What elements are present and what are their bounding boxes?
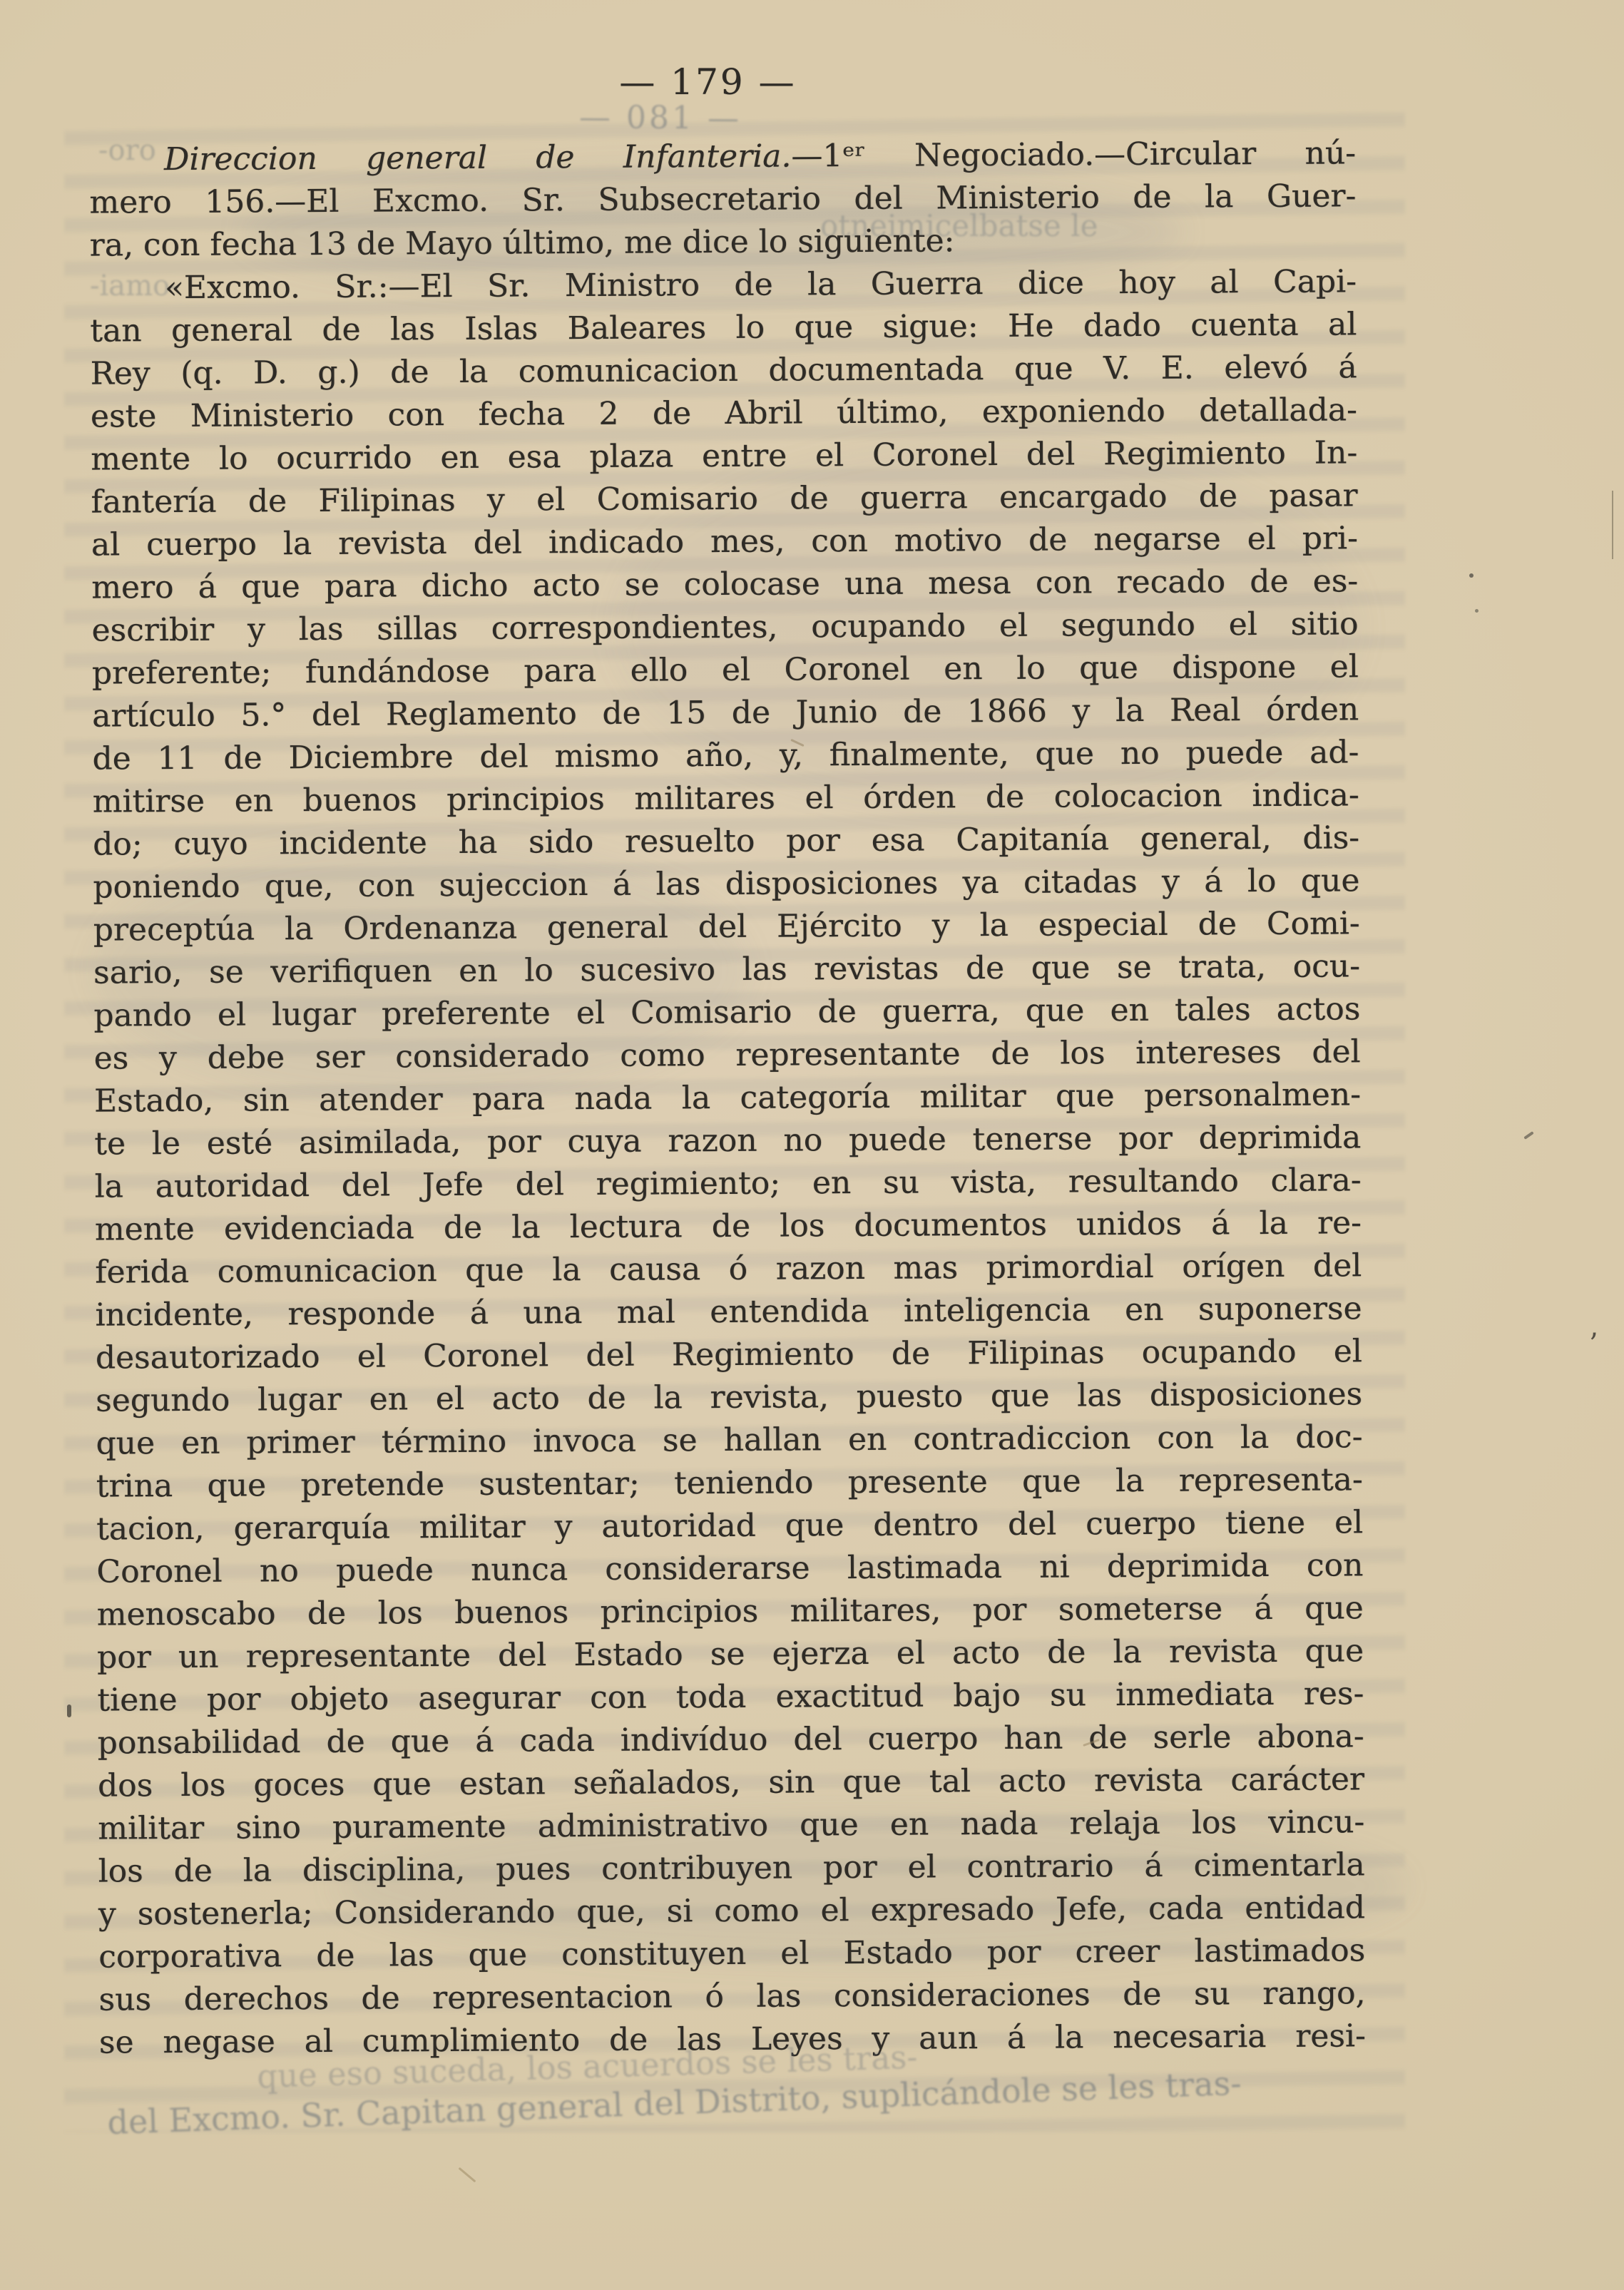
text-line: te le esté asimilada, por cuya razon no … xyxy=(94,1116,1361,1165)
text-line: militar sino puramente administrativo qu… xyxy=(98,1801,1364,1850)
text-line: mente evidenciada de la lectura de los d… xyxy=(95,1202,1362,1251)
text-line: trina que pretende sustentar; teniendo p… xyxy=(96,1458,1363,1508)
text-line: artículo 5.° del Reglamento de 15 de Jun… xyxy=(92,688,1359,737)
paragraph-1: mero 156.—El Excmo. Sr. Subsecretario de… xyxy=(89,175,1357,267)
text-line: corporativa de las que constituyen el Es… xyxy=(98,1929,1365,1978)
text-line: pando el lugar preferente el Comisario d… xyxy=(93,988,1360,1037)
text-line: que en primer término invoca se hallan e… xyxy=(96,1416,1362,1465)
text-line: do; cuyo incidente ha sido resuelto por … xyxy=(93,817,1359,866)
text-line: mero á que para dicho acto se colocase u… xyxy=(91,560,1358,609)
text-line: desautorizado el Coronel del Regimiento … xyxy=(96,1330,1362,1379)
text-line: este Ministerio con fecha 2 de Abril últ… xyxy=(91,389,1357,438)
text-line: por un representante del Estado se ejerz… xyxy=(97,1630,1364,1679)
text-line: es y debe ser considerado como represent… xyxy=(94,1031,1361,1080)
text-line: ponsabilidad de que á cada indivíduo del… xyxy=(98,1715,1364,1764)
text-line: segundo lugar en el acto de la revista, … xyxy=(96,1373,1362,1422)
text-line: mitirse en buenos principios militares e… xyxy=(93,774,1359,823)
text-line: incidente, responde á una mal entendida … xyxy=(95,1287,1362,1336)
text-line: tiene por objeto asegurar con toda exact… xyxy=(97,1672,1364,1722)
text-line: de 11 de Diciembre del mismo año, y, fin… xyxy=(92,731,1359,780)
text-line: preceptúa la Ordenanza general del Ejérc… xyxy=(93,902,1360,951)
text-line: sus derechos de representacion ó las con… xyxy=(98,1972,1365,2021)
text-line: ra, con fecha 13 de Mayo último, me dice… xyxy=(90,218,1357,267)
text-line: tan general de las Islas Baleares lo que… xyxy=(90,303,1357,352)
heading-continuation: —1ᵉʳ Negociado.—Circular nú- xyxy=(791,135,1356,174)
ghost-page-number: — 081 — xyxy=(579,99,742,137)
text-line: mente lo ocurrido en esa plaza entre el … xyxy=(91,431,1357,481)
document-heading-italic: Direccion general de Infanteria. xyxy=(164,138,792,178)
text-line: Estado, sin atender para nada la categor… xyxy=(94,1073,1361,1123)
text-line: y sostenerla; Considerando que, si como … xyxy=(98,1886,1365,1936)
paper-speck xyxy=(1475,609,1479,613)
ink-mark xyxy=(1523,1131,1534,1140)
document-text: Direccion general de Infanteria.—1ᵉʳ Neg… xyxy=(89,132,1366,2064)
ink-mark: ’ xyxy=(1589,1328,1598,1361)
text-line: tacion, gerarquía militar y autoridad qu… xyxy=(96,1501,1363,1550)
text-line: sario, se verifiquen en lo sucesivo las … xyxy=(93,945,1360,994)
page-number: — 179 — xyxy=(0,61,1416,103)
text-line: Direccion general de Infanteria.—1ᵉʳ Neg… xyxy=(89,132,1356,181)
text-line: dos los goces que estan señalados, sin q… xyxy=(98,1758,1364,1807)
ink-mark xyxy=(67,1704,71,1717)
text-line: al cuerpo la revista del indicado mes, c… xyxy=(91,517,1358,566)
text-line: preferente; fundándose para ello el Coro… xyxy=(92,645,1359,695)
text-line: fantería de Filipinas y el Comisario de … xyxy=(91,474,1357,523)
text-line: mero 156.—El Excmo. Sr. Subsecretario de… xyxy=(89,175,1356,224)
text-line: Rey (q. D. g.) de la comunicacion docume… xyxy=(91,346,1357,395)
text-line: menoscabo de los buenos principios milit… xyxy=(97,1587,1364,1636)
text-line: Coronel no puede nunca considerarse last… xyxy=(96,1544,1363,1593)
text-line: «Excmo. Sr.:—El Sr. Ministro de la Guerr… xyxy=(90,260,1357,310)
paper-fiber xyxy=(459,2167,476,2183)
text-line: escribir y las sillas correspondientes, … xyxy=(91,603,1358,652)
paper-speck xyxy=(1469,573,1474,578)
text-line: la autoridad del Jefe del regimiento; en… xyxy=(94,1159,1361,1208)
scanned-book-page: — 179 — — 081 — otneimicelbatse le -oro … xyxy=(0,0,1624,2290)
text-line: ferida comunicacion que la causa ó razon… xyxy=(95,1244,1362,1294)
scan-edge-line xyxy=(1612,491,1613,559)
paragraph-2: «Excmo. Sr.:—El Sr. Ministro de la Guerr… xyxy=(90,260,1366,2064)
text-line: poniendo que, con sujeccion á las dispos… xyxy=(93,859,1359,909)
text-line: los de la disciplina, pues contribuyen p… xyxy=(98,1844,1365,1893)
